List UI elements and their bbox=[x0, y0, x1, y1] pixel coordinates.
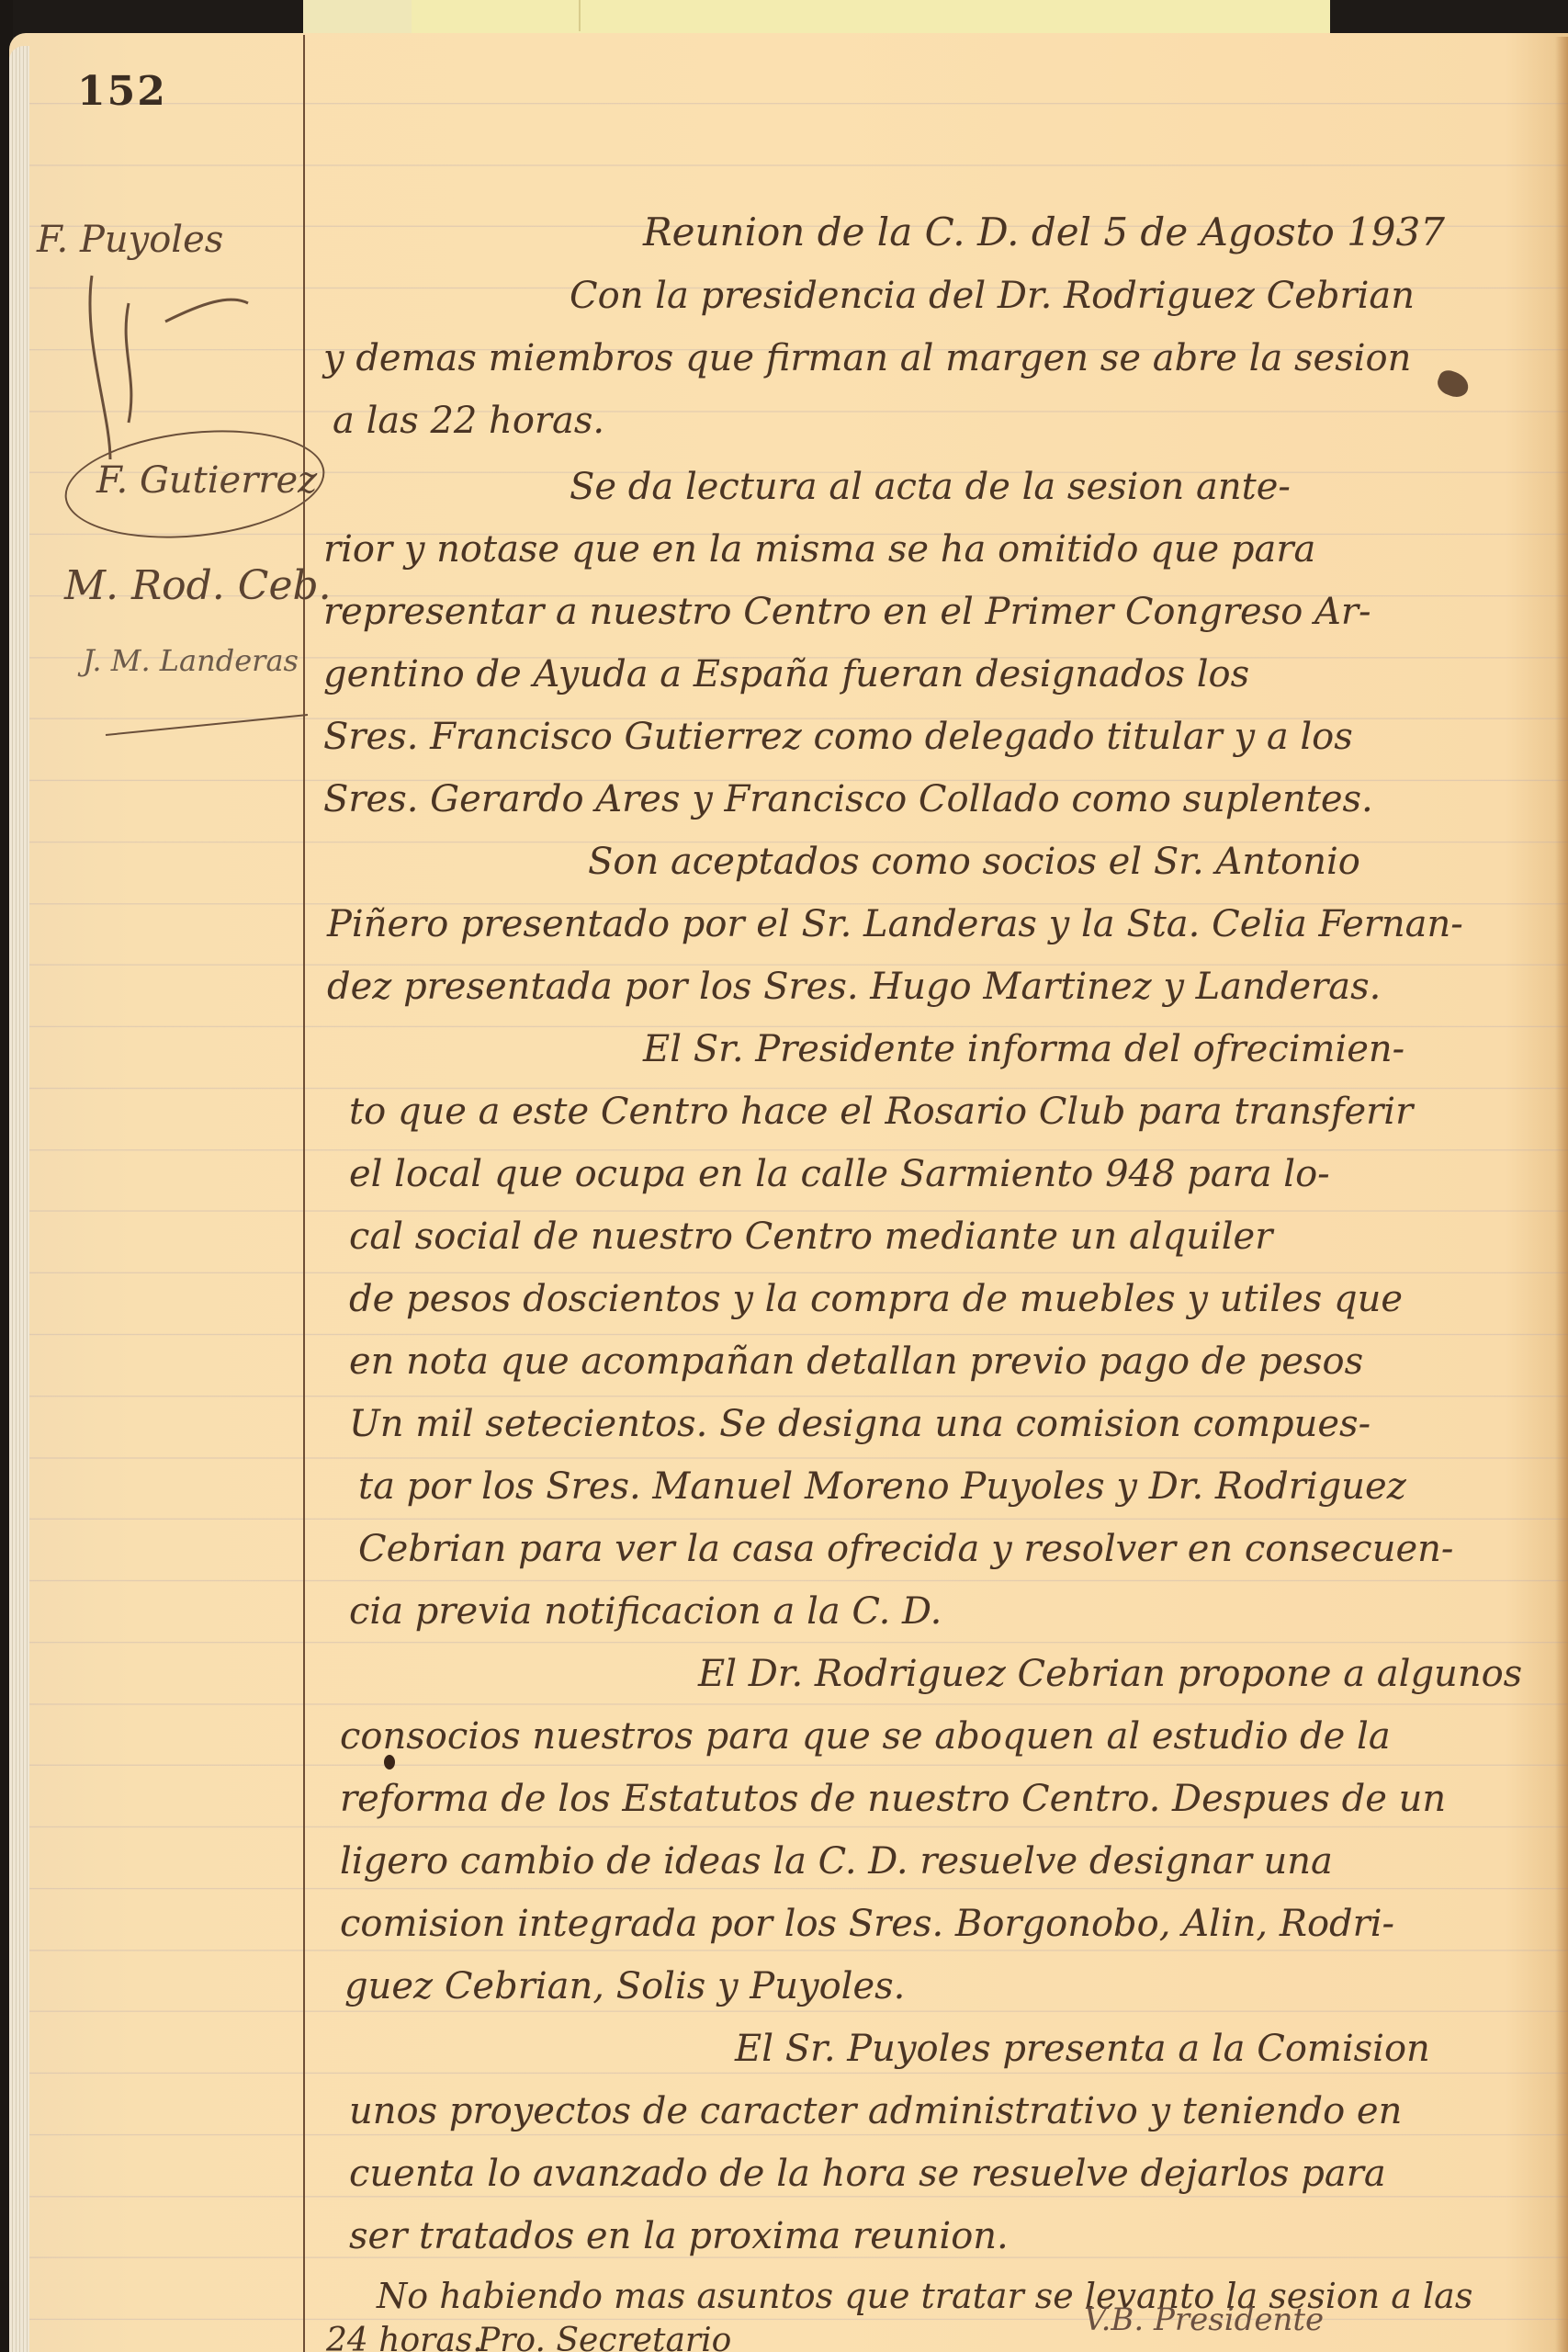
text-line: en nota que acompañan detallan previo pa… bbox=[349, 1343, 1363, 1380]
text-line: ser tratados en la proxima reunion. bbox=[349, 2218, 1009, 2255]
margin-rule bbox=[303, 35, 305, 2352]
text-line: representar a nuestro Centro en el Prime… bbox=[323, 594, 1371, 630]
page-stack-edges bbox=[9, 46, 29, 2352]
text-line: cia previa notificacion a la C. D. bbox=[349, 1593, 942, 1630]
page-edge-stain bbox=[1555, 37, 1568, 2352]
text-line: Son aceptados como socios el Sr. Antonio bbox=[588, 843, 1360, 880]
signature-rodriguez-cebrian: M. Rod. Ceb. bbox=[64, 562, 332, 609]
page-number: 152 bbox=[77, 68, 167, 115]
text-line: unos proyectos de caracter administrativ… bbox=[349, 2093, 1402, 2130]
text-line: Se da lectura al acta de la sesion ante- bbox=[570, 469, 1291, 505]
text-line: cal social de nuestro Centro mediante un… bbox=[349, 1218, 1272, 1255]
text-line: ta por los Sres. Manuel Moreno Puyoles y… bbox=[358, 1468, 1406, 1505]
text-line: guez Cebrian, Solis y Puyoles. bbox=[344, 1968, 905, 2005]
text-line: 24 horas. bbox=[326, 2324, 483, 2352]
text-line: Cebrian para ver la casa ofrecida y reso… bbox=[358, 1531, 1453, 1567]
text-line: El Sr. Puyoles presenta a la Comision bbox=[735, 2030, 1430, 2067]
text-line: ligero cambio de ideas la C. D. resuelve… bbox=[340, 1843, 1333, 1880]
ink-dot bbox=[384, 1755, 395, 1770]
text-line: dez presentada por los Sres. Hugo Martin… bbox=[327, 968, 1381, 1005]
minutes-title: Reunion de la C. D. del 5 de Agosto 1937 bbox=[643, 213, 1445, 252]
text-line: Sres. Francisco Gutierrez como delegado … bbox=[323, 718, 1353, 755]
signature-gutierrez: F. Gutierrez bbox=[96, 459, 317, 502]
signature-underline-icon bbox=[101, 707, 312, 744]
text-line: y demas miembros que firman al margen se… bbox=[323, 340, 1411, 377]
text-line: El Dr. Rodriguez Cebrian propone a algun… bbox=[698, 1656, 1522, 1692]
text-line: gentino de Ayuda a España fueran designa… bbox=[323, 656, 1249, 693]
text-line: to que a este Centro hace el Rosario Clu… bbox=[349, 1093, 1413, 1130]
text-line: a las 22 horas. bbox=[333, 402, 604, 439]
text-line: de pesos doscientos y la compra de muebl… bbox=[349, 1281, 1403, 1317]
text-line: reforma de los Estatutos de nuestro Cent… bbox=[340, 1781, 1446, 1817]
text-line: Con la presidencia del Dr. Rodriguez Ceb… bbox=[570, 277, 1415, 314]
secretary-signature-label: Pro. Secretario bbox=[478, 2324, 731, 2352]
text-line: El Sr. Presidente informa del ofrecimien… bbox=[643, 1031, 1404, 1068]
signature-puyoles: F. Puyoles bbox=[37, 219, 223, 261]
text-line: rior y notase que en la misma se ha omit… bbox=[323, 531, 1315, 568]
tab-divider bbox=[579, 0, 581, 31]
text-line: comision integrada por los Sres. Borgono… bbox=[340, 1905, 1394, 1942]
text-line: Piñero presentado por el Sr. Landeras y … bbox=[327, 906, 1463, 943]
paper-tab bbox=[303, 0, 412, 33]
signature-landeras: J. M. Landeras bbox=[83, 643, 299, 678]
text-line: Un mil setecientos. Se designa una comis… bbox=[349, 1406, 1371, 1442]
text-line: Sres. Gerardo Ares y Francisco Collado c… bbox=[323, 781, 1373, 818]
president-signature-label: V.B. Presidente bbox=[1084, 2304, 1324, 2335]
text-line: consocios nuestros para que se aboquen a… bbox=[340, 1718, 1391, 1755]
text-line: el local que ocupa en la calle Sarmiento… bbox=[349, 1156, 1330, 1193]
paper-tab-strip bbox=[412, 0, 1330, 33]
text-line: cuenta lo avanzado de la hora se resuelv… bbox=[349, 2155, 1386, 2192]
